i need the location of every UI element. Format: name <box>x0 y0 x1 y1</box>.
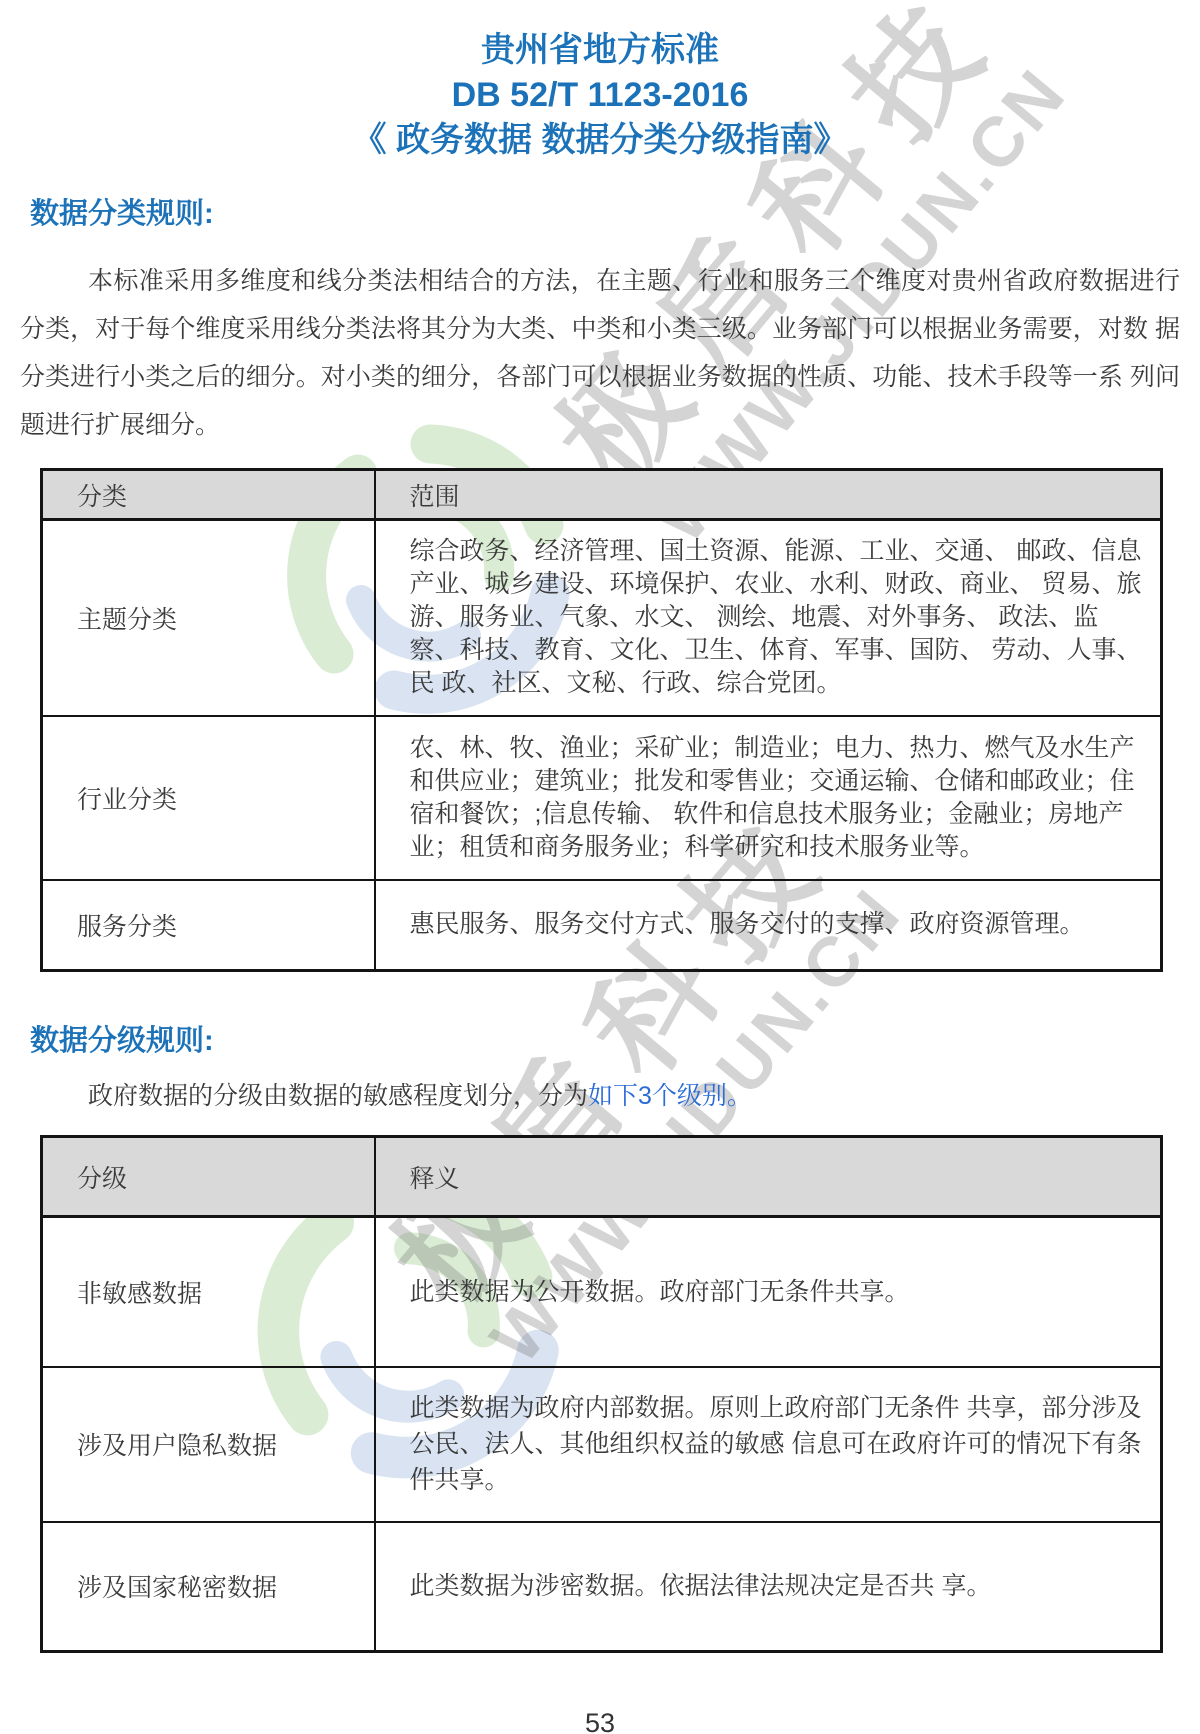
table-header-row: 分类 范围 <box>42 470 1162 520</box>
classification-rules-paragraph: 本标准采用多维度和线分类法相结合的方法，在主题、行业和服务三个维度对贵州省政府数… <box>20 257 1180 449</box>
definition-cell: 此类数据为公开数据。政府部门无条件共享。 <box>375 1217 1162 1367</box>
definition-cell: 此类数据为政府内部数据。原则上政府部门无条件 共享，部分涉及公民、法人、其他组织… <box>375 1367 1162 1522</box>
table-row: 主题分类 综合政务、经济管理、国土资源、能源、工业、交通、 邮政、信息产业、城乡… <box>42 520 1162 716</box>
table-row: 服务分类 惠民服务、服务交付方式、服务交付的支撑、政府资源管理。 <box>42 880 1162 971</box>
table-row: 非敏感数据 此类数据为公开数据。政府部门无条件共享。 <box>42 1217 1162 1367</box>
document-content: 贵州省地方标准 DB 52/T 1123-2016 《 政务数据 数据分类分级指… <box>0 0 1200 1734</box>
table-row: 涉及用户隐私数据 此类数据为政府内部数据。原则上政府部门无条件 共享，部分涉及公… <box>42 1367 1162 1522</box>
document-page: 极盾科技 WWW.JIDUN.CN 极盾科技 WWW.JIDUN.CN 贵州省地… <box>0 0 1200 1734</box>
category-cell: 主题分类 <box>42 520 375 716</box>
title-line-standard-name: 《 政务数据 数据分类分级指南》 <box>0 118 1200 163</box>
column-header-category: 分类 <box>42 470 375 520</box>
scope-cell: 惠民服务、服务交付方式、服务交付的支撑、政府资源管理。 <box>375 880 1162 971</box>
table-header-row: 分级 释义 <box>42 1137 1162 1217</box>
column-header-definition: 释义 <box>375 1137 1162 1217</box>
page-number: 53 <box>0 1708 1200 1734</box>
document-title: 贵州省地方标准 DB 52/T 1123-2016 《 政务数据 数据分类分级指… <box>0 0 1200 163</box>
grading-rules-paragraph: 政府数据的分级由数据的敏感程度划分，分为如下3个级别。 <box>20 1076 1180 1116</box>
grading-paragraph-plain: 政府数据的分级由数据的敏感程度划分，分为 <box>88 1082 588 1110</box>
level-cell: 涉及国家秘密数据 <box>42 1522 375 1652</box>
grading-paragraph-highlight: 如下3个级别。 <box>588 1082 752 1110</box>
scope-cell: 农、林、牧、渔业；采矿业；制造业；电力、热力、燃气及水生产和供应业；建筑业；批发… <box>375 716 1162 880</box>
definition-cell: 此类数据为涉密数据。依据法律法规决定是否共 享。 <box>375 1522 1162 1652</box>
table-row: 行业分类 农、林、牧、渔业；采矿业；制造业；电力、热力、燃气及水生产和供应业；建… <box>42 716 1162 880</box>
title-line-standard-number: DB 52/T 1123-2016 <box>0 73 1200 118</box>
classification-rules-heading: 数据分类规则: <box>30 195 1200 233</box>
table-row: 涉及国家秘密数据 此类数据为涉密数据。依据法律法规决定是否共 享。 <box>42 1522 1162 1652</box>
category-cell: 服务分类 <box>42 880 375 971</box>
level-cell: 非敏感数据 <box>42 1217 375 1367</box>
scope-cell: 综合政务、经济管理、国土资源、能源、工业、交通、 邮政、信息产业、城乡建设、环境… <box>375 520 1162 716</box>
column-header-scope: 范围 <box>375 470 1162 520</box>
title-line-region: 贵州省地方标准 <box>0 28 1200 73</box>
category-cell: 行业分类 <box>42 716 375 880</box>
level-cell: 涉及用户隐私数据 <box>42 1367 375 1522</box>
classification-table: 分类 范围 主题分类 综合政务、经济管理、国土资源、能源、工业、交通、 邮政、信… <box>40 468 1163 972</box>
grading-table: 分级 释义 非敏感数据 此类数据为公开数据。政府部门无条件共享。 涉及用户隐私数… <box>40 1135 1163 1653</box>
column-header-level: 分级 <box>42 1137 375 1217</box>
grading-rules-heading: 数据分级规则: <box>30 1022 1200 1060</box>
